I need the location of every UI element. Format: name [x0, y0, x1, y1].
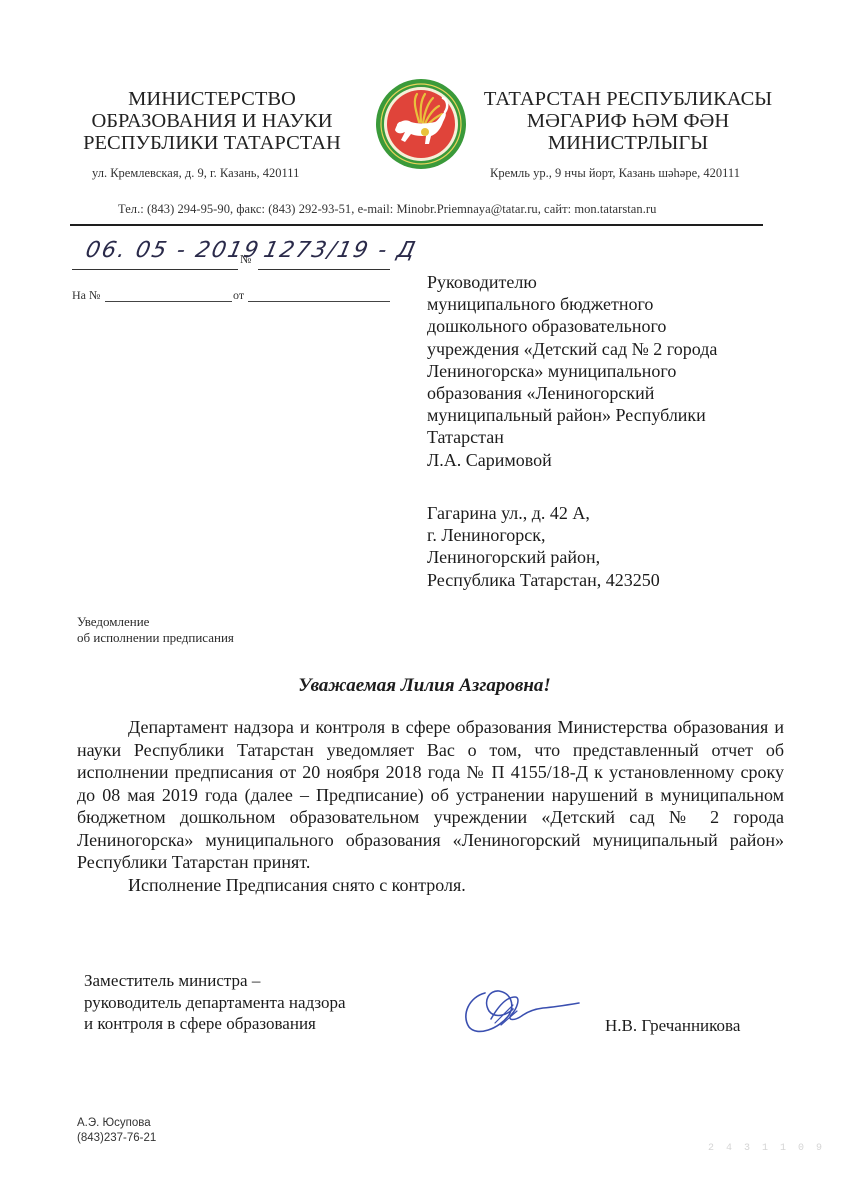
subject-line: об исполнении предписания: [77, 630, 234, 646]
recipient-line: Татарстан: [427, 426, 787, 448]
signatory-title-line: и контроля в сфере образования: [84, 1013, 346, 1035]
ministry-name-line: МИНИСТЕРСТВО: [62, 88, 362, 110]
serial-stamp-mark: 2 4 3 1 1 0 9: [708, 1143, 825, 1154]
recipient-address-line: г. Лениногорск,: [427, 524, 787, 546]
registration-number-label: №: [240, 252, 251, 267]
ministry-address-russian: ул. Кремлевская, д. 9, г. Казань, 420111: [92, 166, 299, 181]
body-paragraph: Исполнение Предписания снято с контроля.: [77, 874, 784, 897]
signatory-title-line: руководитель департамента надзора: [84, 992, 346, 1014]
reference-date-label: от: [233, 288, 244, 303]
ministry-name-line: ОБРАЗОВАНИЯ И НАУКИ: [62, 110, 362, 132]
recipient-line: Руководителю: [427, 271, 787, 293]
ministry-name-line: ТАТАРСТАН РЕСПУБЛИКАСЫ: [478, 88, 778, 110]
executor-block: А.Э. Юсупова (843)237-76-21: [77, 1116, 156, 1146]
ministry-contacts: Тел.: (843) 294-95-90, факс: (843) 292-9…: [118, 202, 656, 217]
registration-date-handwritten: 06. 05 - 2019: [83, 238, 262, 263]
ministry-name-russian: МИНИСТЕРСТВО ОБРАЗОВАНИЯ И НАУКИ РЕСПУБЛ…: [62, 88, 362, 154]
recipient-line: учреждения «Детский сад № 2 города: [427, 338, 787, 360]
recipient-block: Руководителю муниципального бюджетного д…: [427, 271, 787, 471]
executor-name: А.Э. Юсупова: [77, 1116, 156, 1131]
signatory-name: Н.В. Гречанникова: [605, 1016, 740, 1036]
ministry-address-tatar: Кремль ур., 9 нчы йорт, Казань шәһәре, 4…: [490, 166, 740, 181]
recipient-line: дошкольного образовательного: [427, 315, 787, 337]
signatory-title-line: Заместитель министра –: [84, 970, 346, 992]
reference-date-blank: [248, 301, 390, 302]
recipient-line: Лениногорска» муниципального: [427, 360, 787, 382]
registration-number-field: 1273/19 - Д: [258, 240, 390, 270]
reference-number-label: На №: [72, 288, 100, 303]
registration-row: 06. 05 - 2019 № 1273/19 - Д: [72, 240, 390, 270]
ministry-name-line: МӘГАРИФ ҺӘМ ФӘН: [478, 110, 778, 132]
signatory-title: Заместитель министра – руководитель депа…: [84, 970, 346, 1035]
letter-body: Департамент надзора и контроля в сфере о…: [77, 716, 784, 896]
executor-phone: (843)237-76-21: [77, 1131, 156, 1146]
registration-date-field: 06. 05 - 2019: [72, 240, 238, 270]
subject-line: Уведомление: [77, 614, 234, 630]
salutation: Уважаемая Лилия Азгаровна!: [0, 675, 849, 697]
recipient-line: муниципальный район» Республики: [427, 404, 787, 426]
registration-number-handwritten: 1273/19 - Д: [261, 238, 419, 263]
recipient-line: образования «Лениногорский: [427, 382, 787, 404]
recipient-address-line: Республика Татарстан, 423250: [427, 569, 787, 591]
ministry-name-tatar: ТАТАРСТАН РЕСПУБЛИКАСЫ МӘГАРИФ ҺӘМ ФӘН М…: [478, 88, 778, 154]
recipient-line: муниципального бюджетного: [427, 293, 787, 315]
reference-row: На № от: [72, 288, 390, 304]
letterhead-divider: [70, 224, 763, 226]
reference-number-blank: [105, 301, 232, 302]
tatarstan-coat-of-arms-icon: [375, 78, 467, 170]
body-paragraph: Департамент надзора и контроля в сфере о…: [77, 716, 784, 874]
recipient-name: Л.А. Саримовой: [427, 449, 787, 471]
recipient-address-block: Гагарина ул., д. 42 А, г. Лениногорск, Л…: [427, 502, 787, 591]
ministry-name-line: МИНИСТРЛЫГЫ: [478, 132, 778, 154]
recipient-address-line: Гагарина ул., д. 42 А,: [427, 502, 787, 524]
ministry-name-line: РЕСПУБЛИКИ ТАТАРСТАН: [62, 132, 362, 154]
letter-subject: Уведомление об исполнении предписания: [77, 614, 234, 646]
handwritten-signature-icon: [455, 975, 595, 1045]
recipient-address-line: Лениногорский район,: [427, 546, 787, 568]
